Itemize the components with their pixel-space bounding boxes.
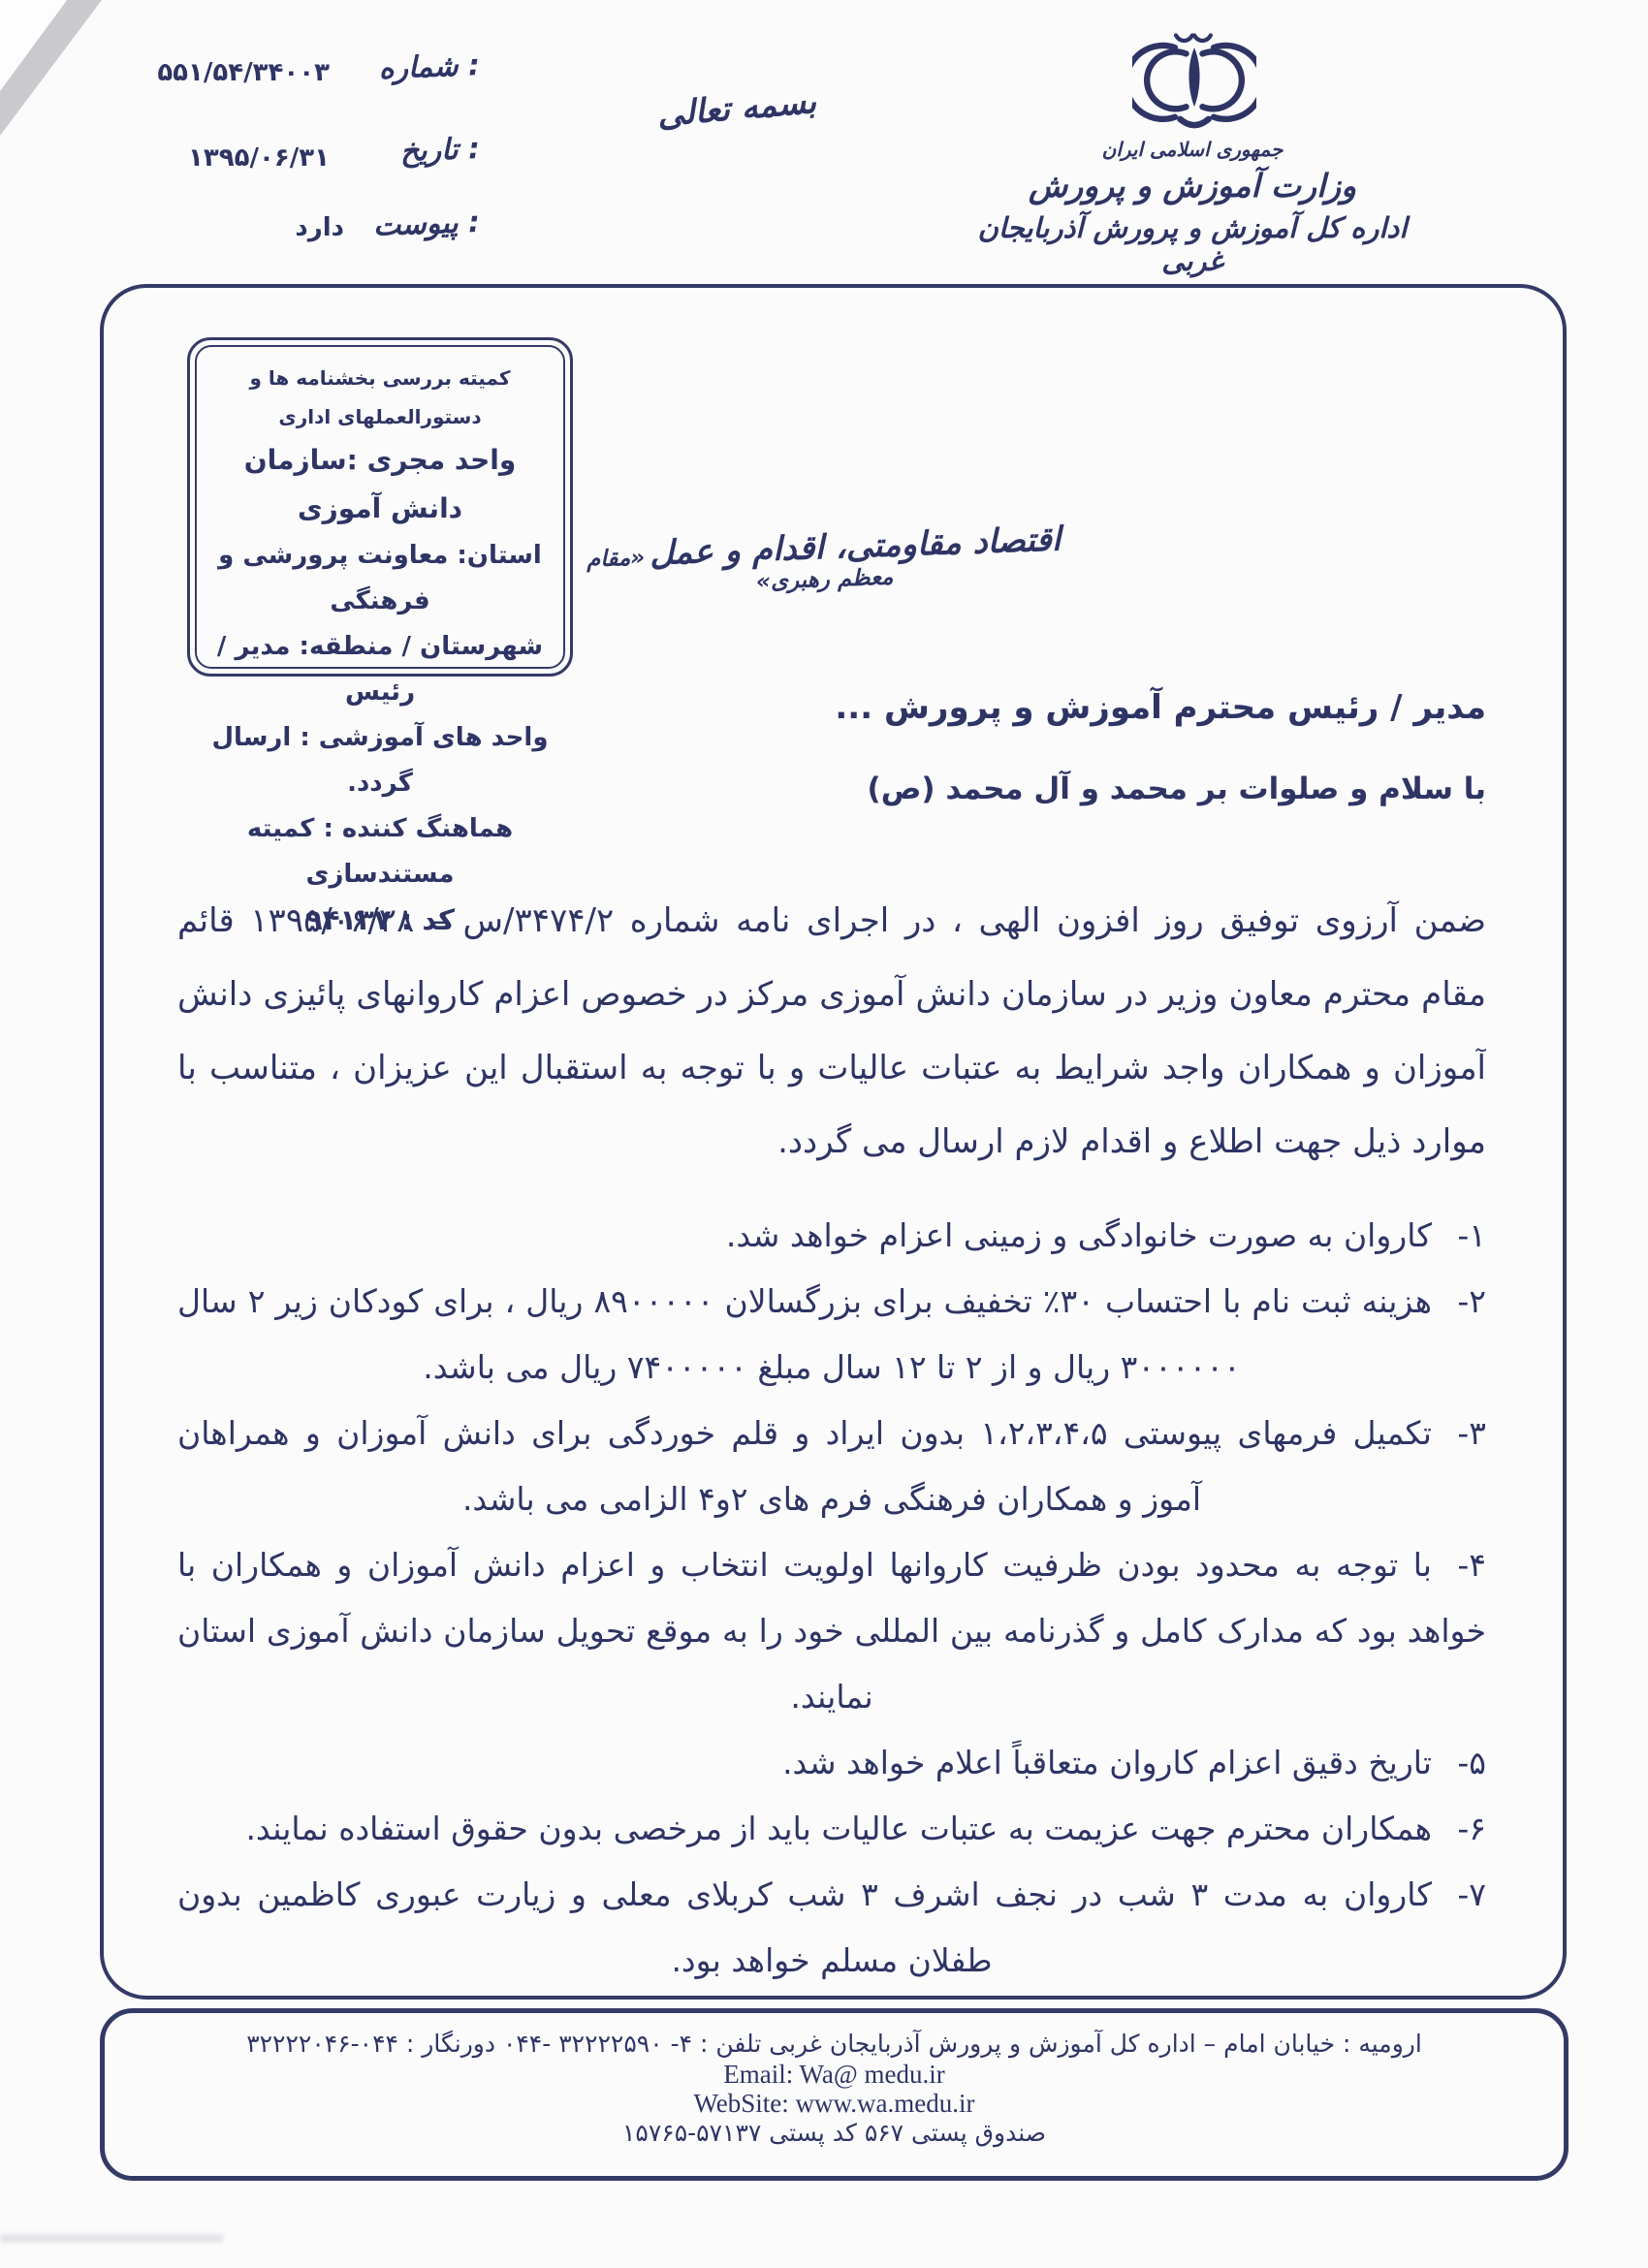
list-item-4-end: نمایند. — [177, 1664, 1486, 1730]
list-item-7-continued: طفلان مسلم خواهد بود. — [177, 1928, 1486, 1994]
date-value: ۱۳۹۵/۰۶/۳۱ — [126, 143, 330, 173]
item-text: همکاران محترم جهت عزیمت به عتبات عالیات … — [177, 1796, 1432, 1862]
footer-website-line: WebSite: www.wa.medu.ir — [105, 2089, 1564, 2118]
list-item-4: ۴- با توجه به محدود بودن ظرفیت کاروانها … — [177, 1532, 1486, 1598]
item-marker: ۴- — [1432, 1532, 1486, 1598]
list-item-7: ۷- کاروان به مدت ۳ شب در نجف اشرف ۳ شب ک… — [177, 1862, 1486, 1928]
item-text: تکمیل فرمهای پیوستی ۱،۲،۳،۴،۵ بدون ایراد… — [177, 1401, 1432, 1466]
besmele-heading: بسمه تعالی — [634, 80, 840, 137]
ministry-name: وزارت آموزش و پرورش — [1023, 167, 1362, 205]
footer-contact-box: ارومیه : خیابان امام – اداره کل آموزش و … — [100, 2008, 1569, 2181]
iran-emblem-icon — [1132, 27, 1256, 142]
attachment-label: پیوست : — [363, 205, 480, 243]
country-name: جمهوری اسلامی ایران — [1047, 138, 1338, 161]
date-label: تاریخ : — [372, 132, 480, 170]
number-value: ۵۵۱/۵۴/۳۴۰۰۳ — [126, 58, 330, 87]
list-item-3: ۳- تکمیل فرمهای پیوستی ۱،۲،۳،۴،۵ بدون ای… — [177, 1401, 1486, 1466]
number-label: شماره : — [372, 48, 480, 86]
province-line: استان: معاونت پرورشی و فرهنگی — [205, 533, 555, 624]
item-text: تاریخ دقیق اعزام کاروان متعاقباً اعلام خ… — [177, 1730, 1432, 1796]
scan-corner-highlight — [0, 0, 76, 110]
scanned-letter-page: { "colors": { "ink": "#2e3464", "paper":… — [0, 0, 1648, 2268]
list-item-5: ۵- تاریخ دقیق اعزام کاروان متعاقباً اعلا… — [177, 1730, 1486, 1796]
item-marker: ۷- — [1432, 1862, 1486, 1928]
item-text: هزینه ثبت نام با احتساب ۳۰٪ تخفیف برای ب… — [177, 1269, 1432, 1335]
item-marker: ۱- — [1432, 1203, 1486, 1269]
intro-paragraph: ضمن آرزوی توفیق روز افزون الهی ، در اجرا… — [177, 884, 1486, 1179]
numbered-list: ۱- کاروان به صورت خانوادگی و زمینی اعزام… — [177, 1203, 1486, 1994]
committee-info-box: کمیته بررسی بخشنامه ها و دستورالعملهای ا… — [187, 337, 573, 677]
item-marker: ۵- — [1432, 1730, 1486, 1796]
committee-info-inner: کمیته بررسی بخشنامه ها و دستورالعملهای ا… — [195, 345, 565, 669]
item-marker: ۳- — [1432, 1401, 1486, 1466]
list-item-4-continued: خواهد بود که مدارک کامل و گذرنامه بین ال… — [177, 1598, 1486, 1664]
executing-unit: واحد مجری :سازمان دانش آموزی — [205, 436, 555, 533]
item-marker: ۶- — [1432, 1796, 1486, 1862]
intro-line: موارد ذیل جهت اطلاع و اقدام لازم ارسال م… — [177, 1105, 1486, 1179]
footer-address-line: ارومیه : خیابان امام – اداره کل آموزش و … — [105, 2029, 1564, 2060]
list-item-6: ۶- همکاران محترم جهت عزیمت به عتبات عالی… — [177, 1796, 1486, 1862]
list-item-2: ۲- هزینه ثبت نام با احتساب ۳۰٪ تخفیف برا… — [177, 1269, 1486, 1335]
salutation-line: با سلام و صلوات بر محمد و آل محمد (ص) — [177, 772, 1486, 806]
intro-line: آموزان و همکاران واجد شرایط به عتبات عال… — [177, 1031, 1486, 1105]
addressee-line: مدیر / رئیس محترم آموزش و پرورش ... — [177, 688, 1486, 727]
department-name: اداره کل آموزش و پرورش آذربایجان غربی — [955, 211, 1430, 277]
item-text: کاروان به مدت ۳ شب در نجف اشرف ۳ شب کربل… — [177, 1862, 1432, 1928]
scan-bottom-smudge — [0, 2234, 223, 2243]
footer-postal-line: صندوق پستی ۵۶۷ کد پستی ۵۷۱۳۷-۱۵۷۶۵ — [105, 2118, 1564, 2149]
item-text: خواهد بود که مدارک کامل و گذرنامه بین ال… — [177, 1598, 1486, 1664]
item-text: با توجه به محدود بودن ظرفیت کاروانها اول… — [177, 1532, 1432, 1598]
intro-line: ضمن آرزوی توفیق روز افزون الهی ، در اجرا… — [177, 884, 1486, 958]
attachment-value: دارد — [126, 213, 344, 242]
list-item-1: ۱- کاروان به صورت خانوادگی و زمینی اعزام… — [177, 1203, 1486, 1269]
list-item-2-continued: ۳۰۰۰۰۰۰ ریال و از ۲ تا ۱۲ سال مبلغ ۷۴۰۰۰… — [177, 1335, 1486, 1401]
list-item-3-continued: آموز و همکاران فرهنگی فرم های ۲و۴ الزامی… — [177, 1466, 1486, 1532]
intro-line: مقام محترم معاون وزیر در سازمان دانش آمو… — [177, 958, 1486, 1031]
footer-email-line: Email: Wa@ medu.ir — [105, 2060, 1564, 2089]
item-marker: ۲- — [1432, 1269, 1486, 1335]
committee-title: کمیته بررسی بخشنامه ها و دستورالعملهای ا… — [205, 359, 555, 436]
item-text: کاروان به صورت خانوادگی و زمینی اعزام خو… — [177, 1203, 1432, 1269]
